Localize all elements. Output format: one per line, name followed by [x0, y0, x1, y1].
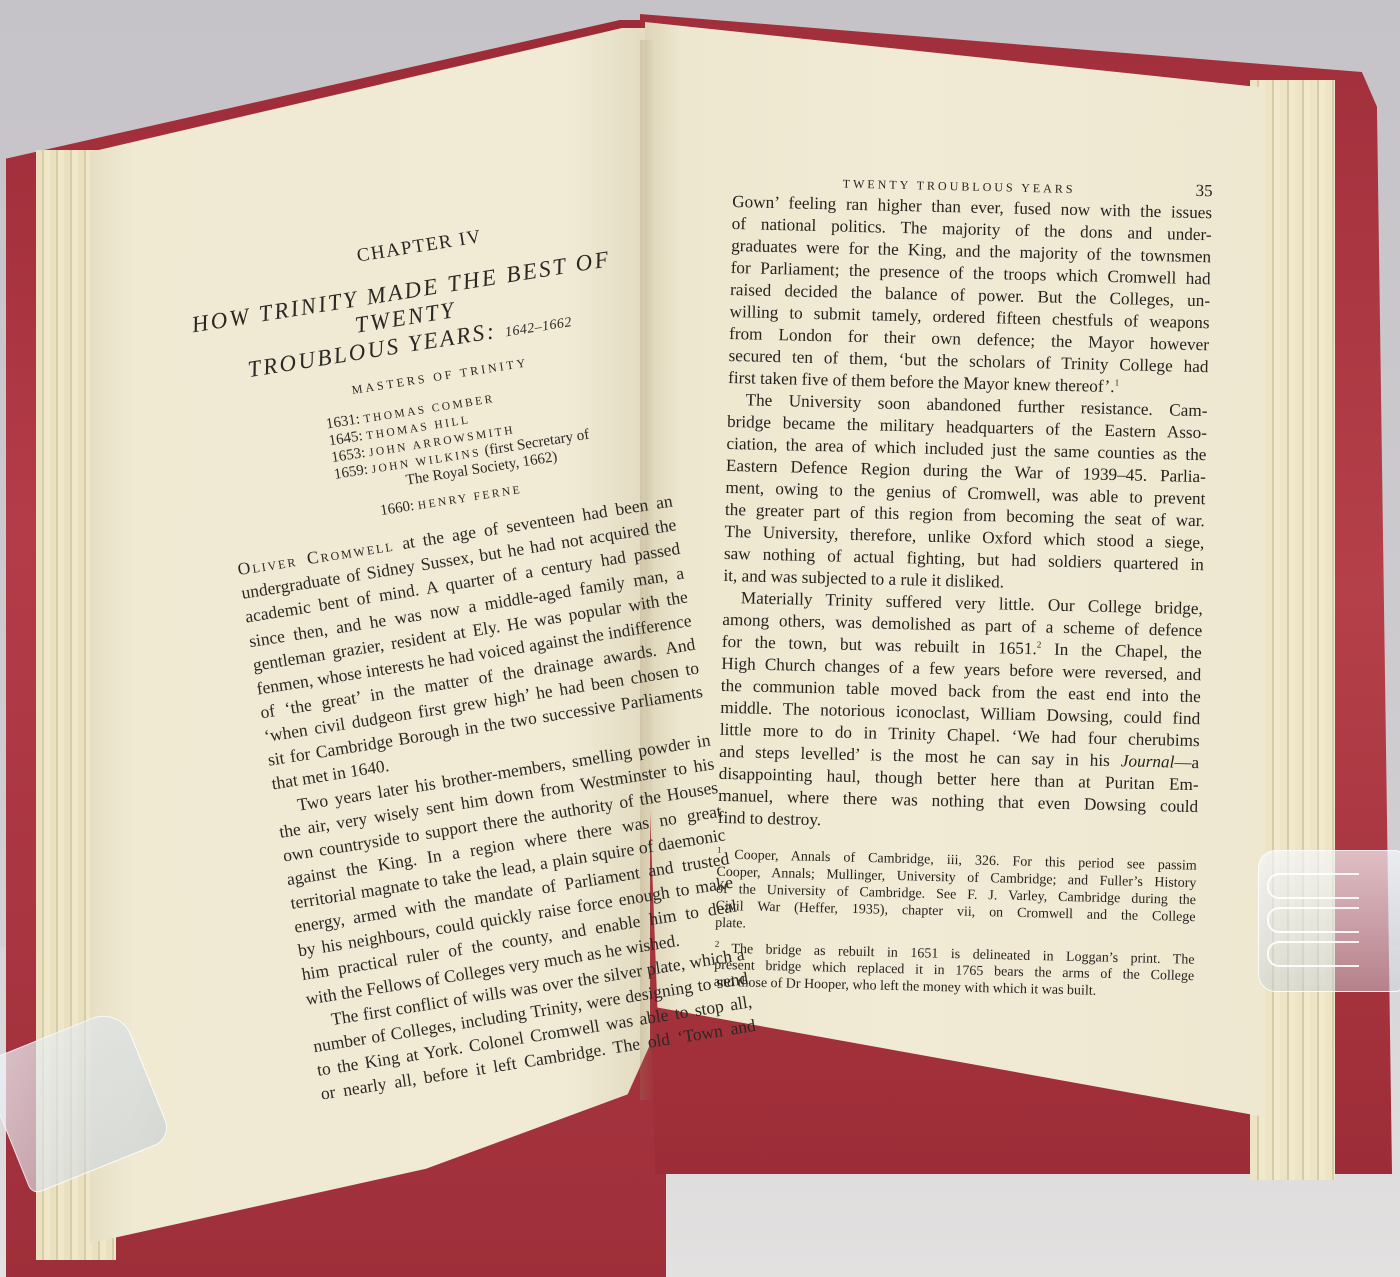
right-body-text: Gown’ feeling ran higher than ever, fuse… [717, 191, 1212, 841]
page-clip-right [1258, 850, 1400, 992]
footnotes: 1 Cooper, Annals of Cambridge, iii, 326.… [714, 845, 1197, 1002]
right-page-text: TWENTY TROUBLOUS YEARS 35 Gown’ feeling … [714, 170, 1213, 1002]
journal-italic: Journal [1121, 752, 1175, 772]
clip-finger [1267, 941, 1359, 967]
footnote-1: 1 Cooper, Annals of Cambridge, iii, 326.… [715, 845, 1197, 943]
clip-finger [1267, 907, 1359, 933]
page-number: 35 [1195, 181, 1212, 201]
footnote-2: 2 The bridge as rebuilt in 1651 is delin… [714, 938, 1195, 1002]
chapter-title-years: 1642–1662 [504, 315, 573, 340]
footnote-ref: 1 [1115, 377, 1120, 387]
clip-finger [1267, 873, 1359, 899]
left-body-text: Oliver Cromwell at the age of seventeen … [236, 489, 757, 1106]
